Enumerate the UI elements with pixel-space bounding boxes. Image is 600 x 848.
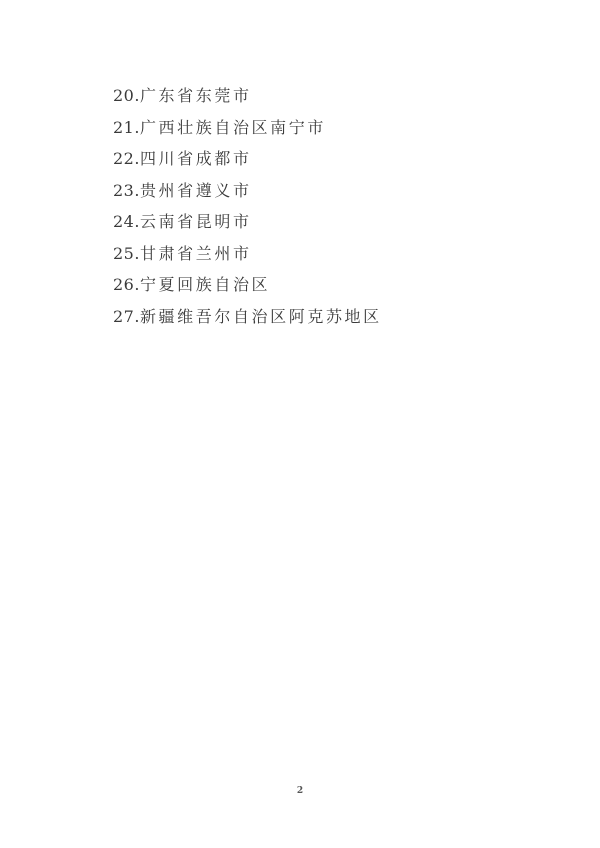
- item-text: 云南省昆明市: [140, 212, 252, 231]
- list-item: 27.新疆维吾尔自治区阿克苏地区: [113, 301, 382, 333]
- list-item: 23.贵州省遵义市: [113, 175, 382, 207]
- item-text: 甘肃省兰州市: [140, 244, 252, 263]
- page-number: 2: [0, 786, 600, 796]
- item-text: 宁夏回族自治区: [140, 275, 270, 294]
- city-list: 20.广东省东莞市 21.广西壮族自治区南宁市 22.四川省成都市 23.贵州省…: [113, 80, 382, 332]
- item-number: 25.: [113, 244, 140, 263]
- item-number: 27.: [113, 307, 140, 326]
- list-item: 26.宁夏回族自治区: [113, 269, 382, 301]
- list-item: 20.广东省东莞市: [113, 80, 382, 112]
- document-page: 20.广东省东莞市 21.广西壮族自治区南宁市 22.四川省成都市 23.贵州省…: [0, 0, 600, 848]
- item-text: 四川省成都市: [140, 149, 252, 168]
- list-item: 21.广西壮族自治区南宁市: [113, 112, 382, 144]
- item-text: 广西壮族自治区南宁市: [140, 118, 326, 137]
- list-item: 25.甘肃省兰州市: [113, 238, 382, 270]
- item-number: 24.: [113, 212, 140, 231]
- item-text: 新疆维吾尔自治区阿克苏地区: [140, 307, 382, 326]
- item-number: 22.: [113, 149, 140, 168]
- item-number: 21.: [113, 118, 140, 137]
- item-number: 26.: [113, 275, 140, 294]
- item-text: 广东省东莞市: [140, 86, 252, 105]
- item-text: 贵州省遵义市: [140, 181, 252, 200]
- item-number: 23.: [113, 181, 140, 200]
- item-number: 20.: [113, 86, 140, 105]
- list-item: 24.云南省昆明市: [113, 206, 382, 238]
- list-item: 22.四川省成都市: [113, 143, 382, 175]
